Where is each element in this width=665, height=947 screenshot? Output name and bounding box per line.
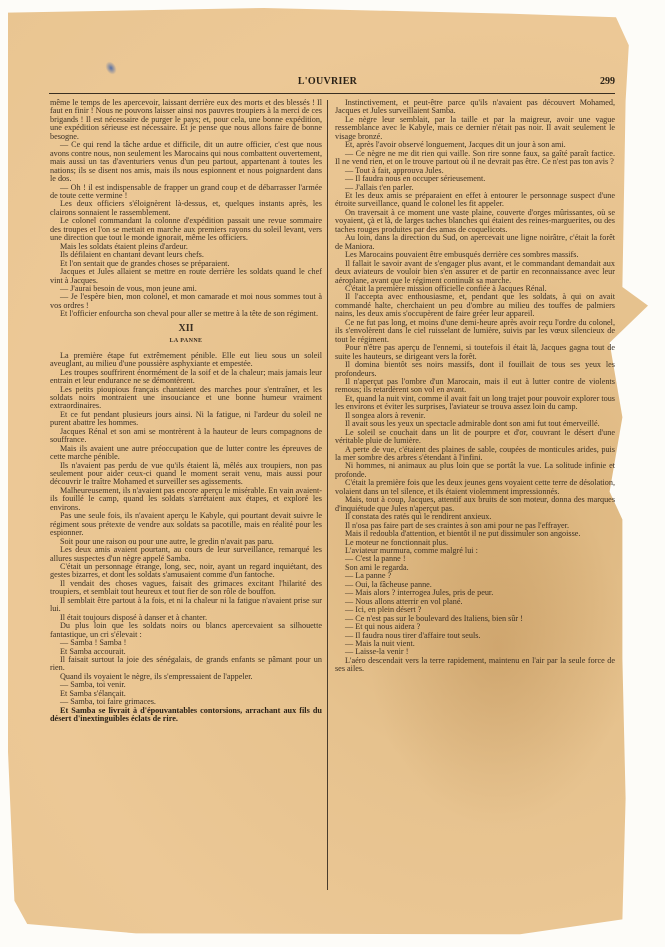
paragraph: Les deux officiers s'éloignèrent là-dess… [50, 200, 322, 217]
column-divider [327, 100, 328, 890]
ink-spot [103, 59, 119, 76]
paragraph: Il faisait surtout la joie des sénégalai… [50, 656, 322, 673]
paragraph: Et les deux amis se préparaient en effet… [335, 192, 615, 209]
paragraph: Ni hommes, ni animaux au plus loin que s… [335, 462, 615, 479]
chapter-title: LA PANNE [50, 337, 322, 345]
right-column: Instinctivement, et peut-être parce qu'i… [335, 99, 615, 674]
paragraph: Instinctivement, et peut-être parce qu'i… [335, 99, 615, 116]
chapter-number: XII [50, 325, 322, 333]
paragraph: Pour n'être pas aperçu de l'ennemi, si t… [335, 344, 615, 361]
paragraph: Pas une seule fois, ils n'avaient aperçu… [50, 512, 322, 537]
paragraph: Et, quand la nuit vint, comme il avait f… [335, 395, 615, 412]
paragraph: Et Samba se livrait à d'épouvantables co… [50, 707, 322, 724]
paragraph: L'aéro descendait vers la terre rapideme… [335, 657, 615, 674]
paragraph: C'était un personnage étrange, long, sec… [50, 563, 322, 580]
paragraph: Les petits pioupious français chantaient… [50, 386, 322, 411]
paragraph: — Ce qui rend la tâche ardue et difficil… [50, 141, 322, 183]
paragraph: Malheureusement, ils n'avaient pas encor… [50, 487, 322, 512]
paragraph: Ils n'avaient pas perdu de vue qu'ils ét… [50, 462, 322, 487]
paragraph: Il semblait être partout à la fois, et n… [50, 597, 322, 614]
page-number: 299 [600, 76, 615, 87]
paragraph: Les troupes souffrirent énormément de la… [50, 369, 322, 386]
paragraph: — Oh ! il est indispensable de frapper u… [50, 184, 322, 201]
running-header: L'OUVRIER 299 [40, 76, 615, 92]
paragraph: Et l'officier enfourcha son cheval pour … [50, 310, 322, 318]
paragraph: Il fallait le savoir avant de s'engager … [335, 260, 615, 285]
left-paragraphs-after: La première étape fut extrêmement pénibl… [50, 352, 322, 724]
paragraph: On traversait à ce moment une vaste plai… [335, 209, 615, 234]
paragraph: Mais, tout à coup, Jacques, attentif aux… [335, 496, 615, 513]
paragraph: Le nègre leur semblait, par la taille et… [335, 116, 615, 141]
paragraph: Mais ils avaient une autre préoccupation… [50, 445, 322, 462]
paragraph: Le soleil se couchait dans un lit de pou… [335, 429, 615, 446]
paragraph: Il vendait des choses vagues, faisait de… [50, 580, 322, 597]
left-paragraphs-before: même le temps de les apercevoir, laissan… [50, 99, 322, 319]
paragraph: A perte de vue, c'étaient des plaines de… [335, 446, 615, 463]
paragraph: Il l'accepta avec enthousiasme, et, pend… [335, 293, 615, 318]
paragraph: Au loin, dans la direction du Sud, on ap… [335, 234, 615, 251]
left-column: même le temps de les apercevoir, laissan… [50, 99, 322, 724]
paragraph: Du plus loin que les soldats noirs ou bl… [50, 622, 322, 639]
paragraph: Les deux amis avaient pourtant, au cours… [50, 546, 322, 563]
paragraph: — Ce nègre ne me dit rien qui vaille. So… [335, 150, 615, 167]
paragraph: — Je l'espère bien, mon colonel, et mon … [50, 293, 322, 310]
paragraph: Il n'aperçut pas l'ombre d'un Marocain, … [335, 378, 615, 395]
paragraph: Il domina bientôt ses noirs massifs, don… [335, 361, 615, 378]
paragraph: La première étape fut extrêmement pénibl… [50, 352, 322, 369]
paragraph: Jacques Rénal et son ami se montrèrent à… [50, 428, 322, 445]
paragraph: Jacques et Jules allaient se mettre en r… [50, 268, 322, 285]
right-paragraphs: Instinctivement, et peut-être parce qu'i… [335, 99, 615, 674]
paragraph: C'était la première fois que les deux je… [335, 479, 615, 496]
paragraph: Et ce fut pendant plusieurs jours ainsi.… [50, 411, 322, 428]
publication-title: L'OUVRIER [40, 76, 615, 87]
paragraph: Le colonel commandant la colonne d'expéd… [50, 217, 322, 242]
paragraph: même le temps de les apercevoir, laissan… [50, 99, 322, 141]
paragraph: Ce ne fut pas long, et moins d'une demi-… [335, 319, 615, 344]
header-rule [49, 93, 615, 94]
